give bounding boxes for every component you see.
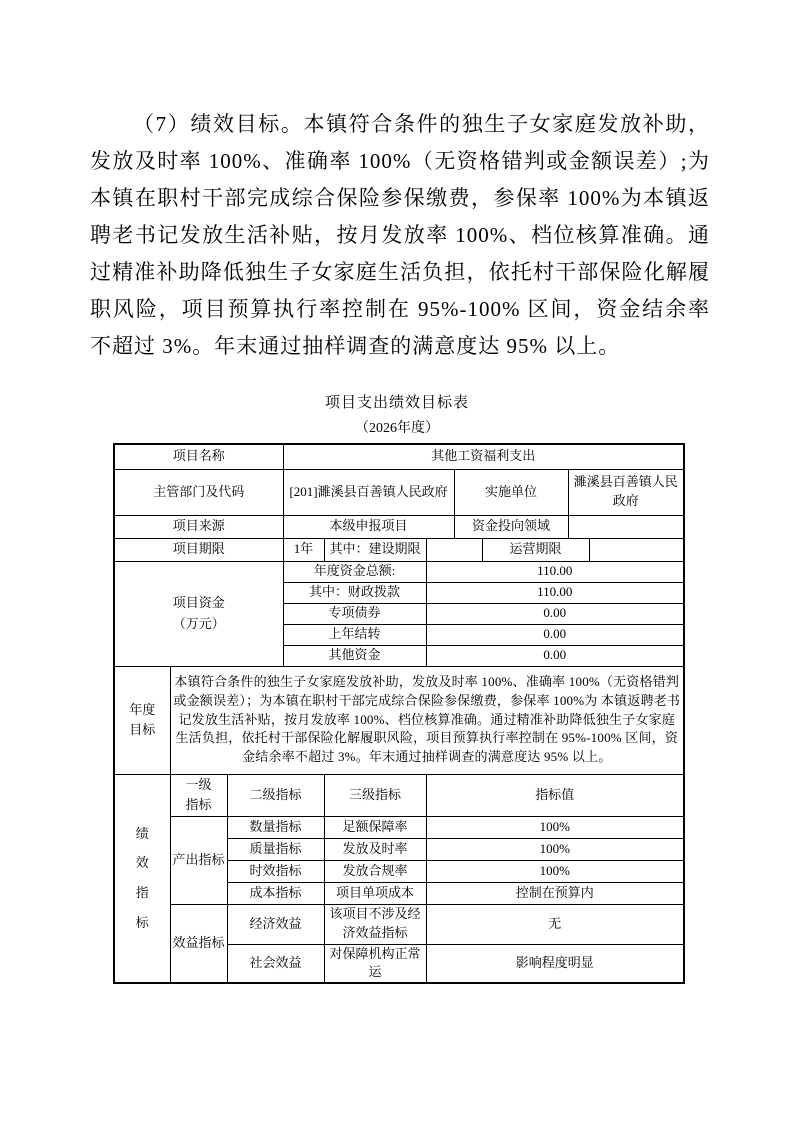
indicator-value: 影响程度明显 xyxy=(426,944,684,983)
funding-item-value: 110.00 xyxy=(426,582,684,603)
indicator-level3: 足额保障率 xyxy=(324,816,426,838)
row-indicators-header: 绩效指标 一级指标 二级指标 三级指标 指标值 xyxy=(114,774,684,816)
source-value: 本级申报项目 xyxy=(283,515,454,538)
row-funding-total: 项目资金 （万元） 年度资金总额: 110.00 xyxy=(114,561,684,582)
indicator-value: 100% xyxy=(426,860,684,882)
project-name-label: 项目名称 xyxy=(114,444,283,469)
indicator-level2: 时效指标 xyxy=(227,860,324,882)
funding-item-value: 110.00 xyxy=(426,561,684,582)
indicator-level3: 项目单项成本 xyxy=(324,882,426,904)
funding-item-name: 年度资金总额: xyxy=(283,561,426,582)
indicator-level3: 该项目不涉及经济效益指标 xyxy=(324,904,426,944)
row-department: 主管部门及代码 [201]濉溪县百善镇人民政府 实施单位 濉溪县百善镇人民政府 xyxy=(114,469,684,515)
funding-label: 项目资金 （万元） xyxy=(114,561,283,666)
indicator-level3: 对保障机构正常运 xyxy=(324,944,426,983)
row-source: 项目来源 本级申报项目 资金投向领域 xyxy=(114,515,684,538)
indicator-value: 100% xyxy=(426,816,684,838)
invest-field-label: 资金投向领域 xyxy=(454,515,568,538)
indicator-value: 无 xyxy=(426,904,684,944)
project-name-value: 其他工资福利支出 xyxy=(283,444,684,469)
indicator-level2: 数量指标 xyxy=(227,816,324,838)
department-label: 主管部门及代码 xyxy=(114,469,283,515)
row-project-name: 项目名称 其他工资福利支出 xyxy=(114,444,684,469)
funding-item-value: 0.00 xyxy=(426,645,684,666)
funding-item-name: 其中：财政拨款 xyxy=(283,582,426,603)
build-period-label: 其中：建设期限 xyxy=(324,538,426,561)
funding-item-name: 其他资金 xyxy=(283,645,426,666)
impl-unit-label: 实施单位 xyxy=(454,469,568,515)
indicator-group-benefit: 效益指标 xyxy=(170,904,227,983)
indicator-level2: 质量指标 xyxy=(227,838,324,860)
indicator-level3: 发放及时率 xyxy=(324,838,426,860)
indicator-level3: 发放合规率 xyxy=(324,860,426,882)
table-title: 项目支出绩效目标表 xyxy=(0,391,794,412)
indicator-value: 控制在预算内 xyxy=(426,882,684,904)
indicator-level2: 经济效益 xyxy=(227,904,324,944)
annual-goal-text: 本镇符合条件的独生子女家庭发放补助，发放及时率 100%、准确率 100%（无资… xyxy=(170,666,684,774)
funding-item-value: 0.00 xyxy=(426,603,684,624)
indicators-header-value: 指标值 xyxy=(426,774,684,816)
build-period-value xyxy=(426,538,482,561)
annual-goal-label-text: 年度目标 xyxy=(127,700,158,740)
indicators-label: 绩效指标 xyxy=(114,774,170,983)
performance-target-table: 项目名称 其他工资福利支出 主管部门及代码 [201]濉溪县百善镇人民政府 实施… xyxy=(113,443,685,984)
indicator-value: 100% xyxy=(426,838,684,860)
annual-goal-label: 年度目标 xyxy=(114,666,170,774)
funding-label-line1: 项目资金 xyxy=(117,593,281,614)
document-page: （7）绩效目标。本镇符合条件的独生子女家庭发放补助，发放及时率 100%、准确率… xyxy=(0,0,794,1122)
duration-label: 项目期限 xyxy=(114,538,283,561)
table-subtitle: （2026年度） xyxy=(0,417,794,437)
operate-period-label: 运营期限 xyxy=(482,538,589,561)
invest-field-value xyxy=(568,515,684,538)
indicators-header-level3: 三级指标 xyxy=(324,774,426,816)
row-indicator-economic: 效益指标 经济效益 该项目不涉及经济效益指标 无 xyxy=(114,904,684,944)
indicators-header-level1-text: 一级指标 xyxy=(183,775,214,815)
row-duration: 项目期限 1年 其中：建设期限 运营期限 xyxy=(114,538,684,561)
source-label: 项目来源 xyxy=(114,515,283,538)
indicators-header-level2: 二级指标 xyxy=(227,774,324,816)
indicator-level2: 社会效益 xyxy=(227,944,324,983)
indicator-level2: 成本指标 xyxy=(227,882,324,904)
impl-unit-value: 濉溪县百善镇人民政府 xyxy=(568,469,684,515)
indicators-header-level1: 一级指标 xyxy=(170,774,227,816)
operate-period-value xyxy=(589,538,684,561)
duration-value: 1年 xyxy=(283,538,324,561)
funding-item-value: 0.00 xyxy=(426,624,684,645)
department-value: [201]濉溪县百善镇人民政府 xyxy=(283,469,454,515)
paragraph-performance-goals: （7）绩效目标。本镇符合条件的独生子女家庭发放补助，发放及时率 100%、准确率… xyxy=(90,106,710,365)
row-indicator-quantity: 产出指标 数量指标 足额保障率 100% xyxy=(114,816,684,838)
funding-item-name: 上年结转 xyxy=(283,624,426,645)
row-annual-goal: 年度目标 本镇符合条件的独生子女家庭发放补助，发放及时率 100%、准确率 10… xyxy=(114,666,684,774)
indicator-group-output: 产出指标 xyxy=(170,816,227,904)
funding-item-name: 专项债券 xyxy=(283,603,426,624)
funding-label-line2: （万元） xyxy=(117,614,281,635)
indicators-label-text: 绩效指标 xyxy=(135,819,149,939)
